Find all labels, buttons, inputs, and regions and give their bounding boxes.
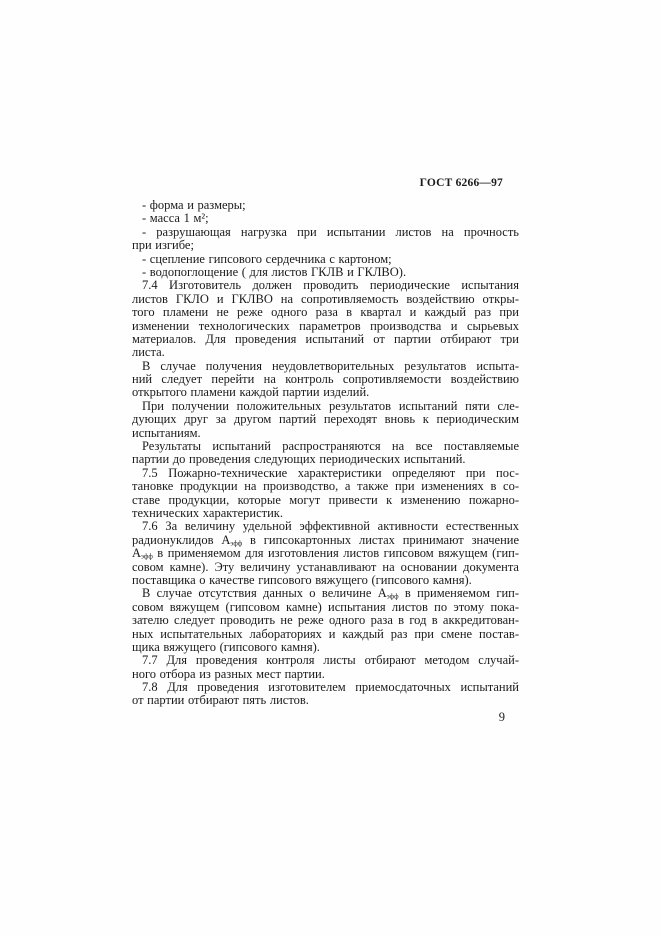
text-line: партии до проведения следующих периодиче… xyxy=(132,453,519,466)
paragraph: При получении положительных результатов … xyxy=(132,400,519,440)
text-line: В случае получения неудовлетворительных … xyxy=(132,360,519,373)
paragraph: 7.6 За величину удельной эффективной акт… xyxy=(132,520,519,587)
text-line: листа. xyxy=(132,346,519,359)
text-line: ний следует перейти на контроль сопротив… xyxy=(132,373,519,386)
paragraph: 7.7 Для проведения контроля листы отбира… xyxy=(132,654,519,681)
text-line: - форма и размеры; xyxy=(132,199,519,212)
paragraph: - сцепление гипсового сердечника с карто… xyxy=(132,253,519,266)
text-line: открытого пламени каждой партии изделий. xyxy=(132,386,519,399)
text-line: листов ГКЛО и ГКЛВО на сопротивляемость … xyxy=(132,293,519,306)
text-line: В случае отсутствия данных о величине Аэ… xyxy=(132,587,519,600)
document-body: - форма и размеры;- масса 1 м²;- разруша… xyxy=(132,199,519,708)
text-line: радионуклидов Аэфф в гипсокартонных лист… xyxy=(132,534,519,547)
text-line: испытаниям. xyxy=(132,427,519,440)
paragraph: - водопоглощение ( для листов ГКЛВ и ГКЛ… xyxy=(132,266,519,279)
text-line: 7.8 Для проведения изготовителем приемос… xyxy=(132,681,519,694)
text-line: - масса 1 м²; xyxy=(132,212,519,225)
paragraph: - форма и размеры; xyxy=(132,199,519,212)
text-line: 7.5 Пожарно-технические характеристики о… xyxy=(132,467,519,480)
text-line: дующих друг за другом партий переходят в… xyxy=(132,413,519,426)
text-line: - водопоглощение ( для листов ГКЛВ и ГКЛ… xyxy=(132,266,519,279)
standard-number-header: ГОСТ 6266—97 xyxy=(132,176,503,190)
text-line: щика вяжущего (гипсового камня). xyxy=(132,641,519,654)
text-line: тановке продукции на производство, а так… xyxy=(132,480,519,493)
scanned-document-page: ГОСТ 6266—97 - форма и размеры;- масса 1… xyxy=(0,0,661,935)
text-line: 7.4 Изготовитель должен проводить период… xyxy=(132,279,519,292)
text-line: - сцепление гипсового сердечника с карто… xyxy=(132,253,519,266)
text-line: совом камне). Эту величину устанавливают… xyxy=(132,561,519,574)
text-line: При получении положительных результатов … xyxy=(132,400,519,413)
text-line: - разрушающая нагрузка при испытании лис… xyxy=(132,226,519,239)
text-line: изменении технологических параметров про… xyxy=(132,320,519,333)
text-line: ных испытательных лабораториях и каждый … xyxy=(132,628,519,641)
text-line: технических характеристик. xyxy=(132,507,519,520)
paragraph: 7.4 Изготовитель должен проводить период… xyxy=(132,279,519,359)
text-line: совом вяжущем (гипсовом камне) испытания… xyxy=(132,601,519,614)
text-line: при изгибе; xyxy=(132,239,519,252)
text-line: 7.7 Для проведения контроля листы отбира… xyxy=(132,654,519,667)
paragraph: Результаты испытаний распространяются на… xyxy=(132,440,519,467)
text-line: того пламени не реже одного раза в кварт… xyxy=(132,306,519,319)
text-line: ставе продукции, которые могут привести … xyxy=(132,494,519,507)
text-line: зателю следует проводить не реже одного … xyxy=(132,614,519,627)
paragraph: - разрушающая нагрузка при испытании лис… xyxy=(132,226,519,253)
text-line: материалов. Для проведения испытаний от … xyxy=(132,333,519,346)
paragraph: 7.5 Пожарно-технические характеристики о… xyxy=(132,467,519,521)
text-line: поставщика о качестве гипсового вяжущего… xyxy=(132,574,519,587)
page-number: 9 xyxy=(132,710,505,724)
text-line: 7.6 За величину удельной эффективной акт… xyxy=(132,520,519,533)
text-line: от партии отбирают пять листов. xyxy=(132,694,519,707)
paragraph: 7.8 Для проведения изготовителем приемос… xyxy=(132,681,519,708)
paragraph: - масса 1 м²; xyxy=(132,212,519,225)
text-line: Аэфф в применяемом для изготовления лист… xyxy=(132,547,519,560)
paragraph: В случае отсутствия данных о величине Аэ… xyxy=(132,587,519,654)
text-line: Результаты испытаний распространяются на… xyxy=(132,440,519,453)
paragraph: В случае получения неудовлетворительных … xyxy=(132,360,519,400)
text-line: ного отбора из разных мест партии. xyxy=(132,668,519,681)
